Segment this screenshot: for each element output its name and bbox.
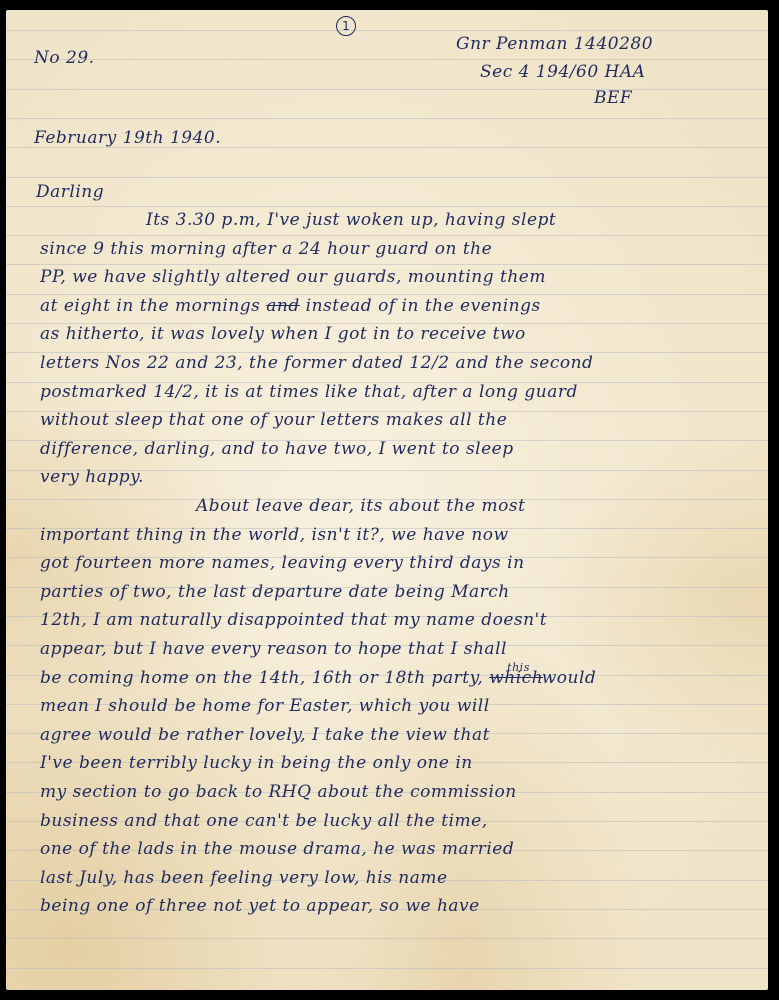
line-text: got fourteen more names, leaving every t…	[40, 553, 525, 573]
rule-line	[6, 118, 768, 119]
rule-line	[6, 89, 768, 90]
letter-line: one of the lads in the mouse drama, he w…	[40, 839, 514, 859]
letter-line: postmarked 14/2, it is at times like tha…	[40, 382, 578, 402]
struck-word: and	[266, 296, 299, 316]
line-text: be coming home on the 14th, 16th or 18th…	[40, 668, 489, 688]
line-text: Its 3.30 p.m, I've just woken up, having…	[146, 210, 556, 230]
line-text: instead of in the evenings	[300, 296, 541, 316]
inserted-word: this	[507, 661, 530, 674]
letter-line: difference, darling, and to have two, I …	[40, 439, 514, 459]
letter-line: appear, but I have every reason to hope …	[40, 639, 507, 659]
line-text: since 9 this morning after a 24 hour gua…	[40, 239, 492, 259]
line-text: mean I should be home for Easter, which …	[40, 696, 490, 716]
rule-line	[6, 206, 768, 207]
sender-name: Gnr Penman 1440280	[456, 34, 653, 54]
salutation: Darling	[36, 182, 104, 202]
line-text: important thing in the world, isn't it?,…	[40, 525, 509, 545]
line-text: agree would be rather lovely, I take the…	[40, 725, 490, 745]
line-text: very happy.	[40, 467, 144, 487]
rule-line	[6, 938, 768, 939]
line-text: my section to go back to RHQ about the c…	[40, 782, 517, 802]
letter-line: agree would be rather lovely, I take the…	[40, 725, 490, 745]
sender-unit: Sec 4 194/60 HAA	[480, 62, 645, 82]
line-text: About leave dear, its about the most	[196, 496, 525, 516]
sender-force: BEF	[594, 88, 632, 108]
line-text: as hitherto, it was lovely when I got in…	[40, 324, 526, 344]
rule-line	[6, 235, 768, 236]
letter-line: parties of two, the last departure date …	[40, 582, 510, 602]
rule-line	[6, 968, 768, 969]
line-text: I've been terribly lucky in being the on…	[40, 753, 473, 773]
letter-line: at eight in the mornings and instead of …	[40, 296, 541, 316]
letter-line: 12th, I am naturally disappointed that m…	[40, 610, 547, 630]
letter-line: I've been terribly lucky in being the on…	[40, 753, 473, 773]
letter-line: business and that one can't be lucky all…	[40, 811, 488, 831]
line-text: letters Nos 22 and 23, the former dated …	[40, 353, 593, 373]
letter-line: being one of three not yet to appear, so…	[40, 896, 480, 916]
letter-line: my section to go back to RHQ about the c…	[40, 782, 517, 802]
letter-line: very happy.	[40, 467, 144, 487]
line-text: last July, has been feeling very low, hi…	[40, 868, 448, 888]
letter-line: About leave dear, its about the most	[196, 496, 525, 516]
letter-line: without sleep that one of your letters m…	[40, 410, 507, 430]
rule-line	[6, 264, 768, 265]
letter-page: 1 No 29. Gnr Penman 1440280 Sec 4 194/60…	[6, 10, 768, 990]
line-text: difference, darling, and to have two, I …	[40, 439, 514, 459]
rule-line	[6, 177, 768, 178]
line-text: 12th, I am naturally disappointed that m…	[40, 610, 547, 630]
line-text: appear, but I have every reason to hope …	[40, 639, 507, 659]
line-text: one of the lads in the mouse drama, he w…	[40, 839, 514, 859]
letter-number: No 29.	[34, 48, 95, 68]
line-text: parties of two, the last departure date …	[40, 582, 510, 602]
line-text: being one of three not yet to appear, so…	[40, 896, 480, 916]
line-text: postmarked 14/2, it is at times like tha…	[40, 382, 578, 402]
letter-line: be coming home on the 14th, 16th or 18th…	[40, 668, 596, 688]
line-text: would	[536, 668, 596, 688]
rule-line	[6, 59, 768, 60]
letter-line: important thing in the world, isn't it?,…	[40, 525, 509, 545]
letter-line: last July, has been feeling very low, hi…	[40, 868, 448, 888]
letter-line: Its 3.30 p.m, I've just woken up, having…	[146, 210, 556, 230]
line-text: PP, we have slightly altered our guards,…	[40, 267, 546, 287]
letter-line: got fourteen more names, leaving every t…	[40, 553, 525, 573]
line-text: at eight in the mornings	[40, 296, 266, 316]
letter-line: since 9 this morning after a 24 hour gua…	[40, 239, 492, 259]
line-text: without sleep that one of your letters m…	[40, 410, 507, 430]
letter-line: PP, we have slightly altered our guards,…	[40, 267, 546, 287]
line-text: business and that one can't be lucky all…	[40, 811, 488, 831]
page-number: 1	[336, 16, 356, 36]
rule-line	[6, 30, 768, 31]
letter-line: as hitherto, it was lovely when I got in…	[40, 324, 526, 344]
letter-date: February 19th 1940.	[34, 128, 221, 148]
letter-line: mean I should be home for Easter, which …	[40, 696, 490, 716]
letter-line: letters Nos 22 and 23, the former dated …	[40, 353, 593, 373]
